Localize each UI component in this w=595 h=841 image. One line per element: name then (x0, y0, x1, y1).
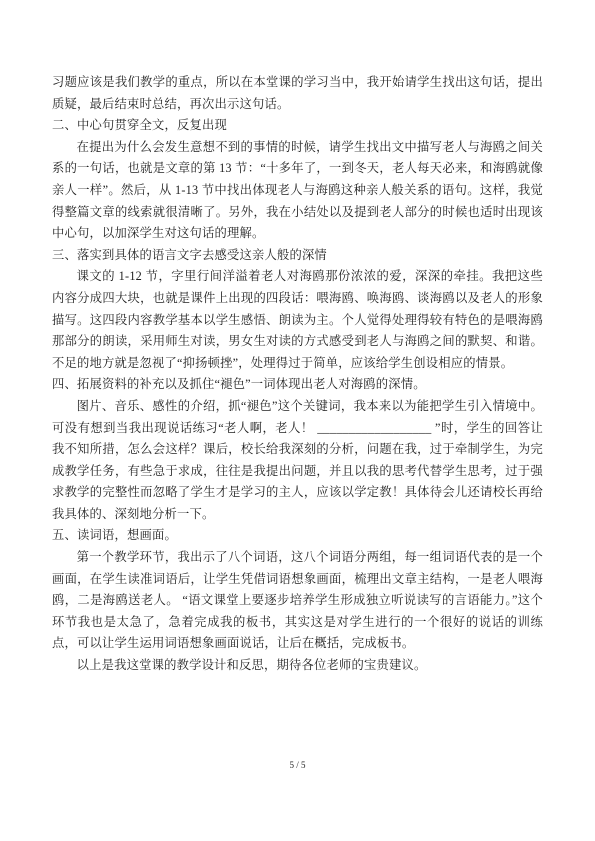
paragraph: 第一个教学环节，我出示了八个词语，这八个词语分两组，每一组词语代表的是一个画面，… (52, 547, 543, 655)
section-heading-4: 四、拓展资料的补充以及抓住“褪色”一词体现出老人对海鸥的深情。 (52, 374, 543, 396)
section-heading-5: 五、读词语，想画面。 (52, 525, 543, 547)
paragraph: 图片、音乐、感性的介绍，抓“褪色”这个关键词，我本来以为能把学生引入情境中。可没… (52, 396, 543, 526)
paragraph-closing: 以上是我这堂课的教学设计和反思，期待各位老师的宝贵建议。 (52, 655, 543, 677)
document-page: 习题应该是我们教学的重点，所以在本堂课的学习当中，我开始请学生找出这句话，提出质… (0, 0, 595, 841)
section-heading-3: 三、落实到具体的语言文字去感受这亲人般的深情 (52, 245, 543, 267)
section-heading-2: 二、中心句贯穿全文，反复出现 (52, 115, 543, 137)
page-number: 5 / 5 (0, 760, 595, 770)
paragraph: 在提出为什么会发生意想不到的事情的时候，请学生找出文中描写老人与海鸥之间关系的一… (52, 137, 543, 245)
paragraph: 课文的 1-12 节，字里行间洋溢着老人对海鸥那份浓浓的爱，深深的牵挂。我把这些… (52, 266, 543, 374)
paragraph-continuation: 习题应该是我们教学的重点，所以在本堂课的学习当中，我开始请学生找出这句话，提出质… (52, 72, 543, 115)
document-content: 习题应该是我们教学的重点，所以在本堂课的学习当中，我开始请学生找出这句话，提出质… (52, 72, 543, 677)
